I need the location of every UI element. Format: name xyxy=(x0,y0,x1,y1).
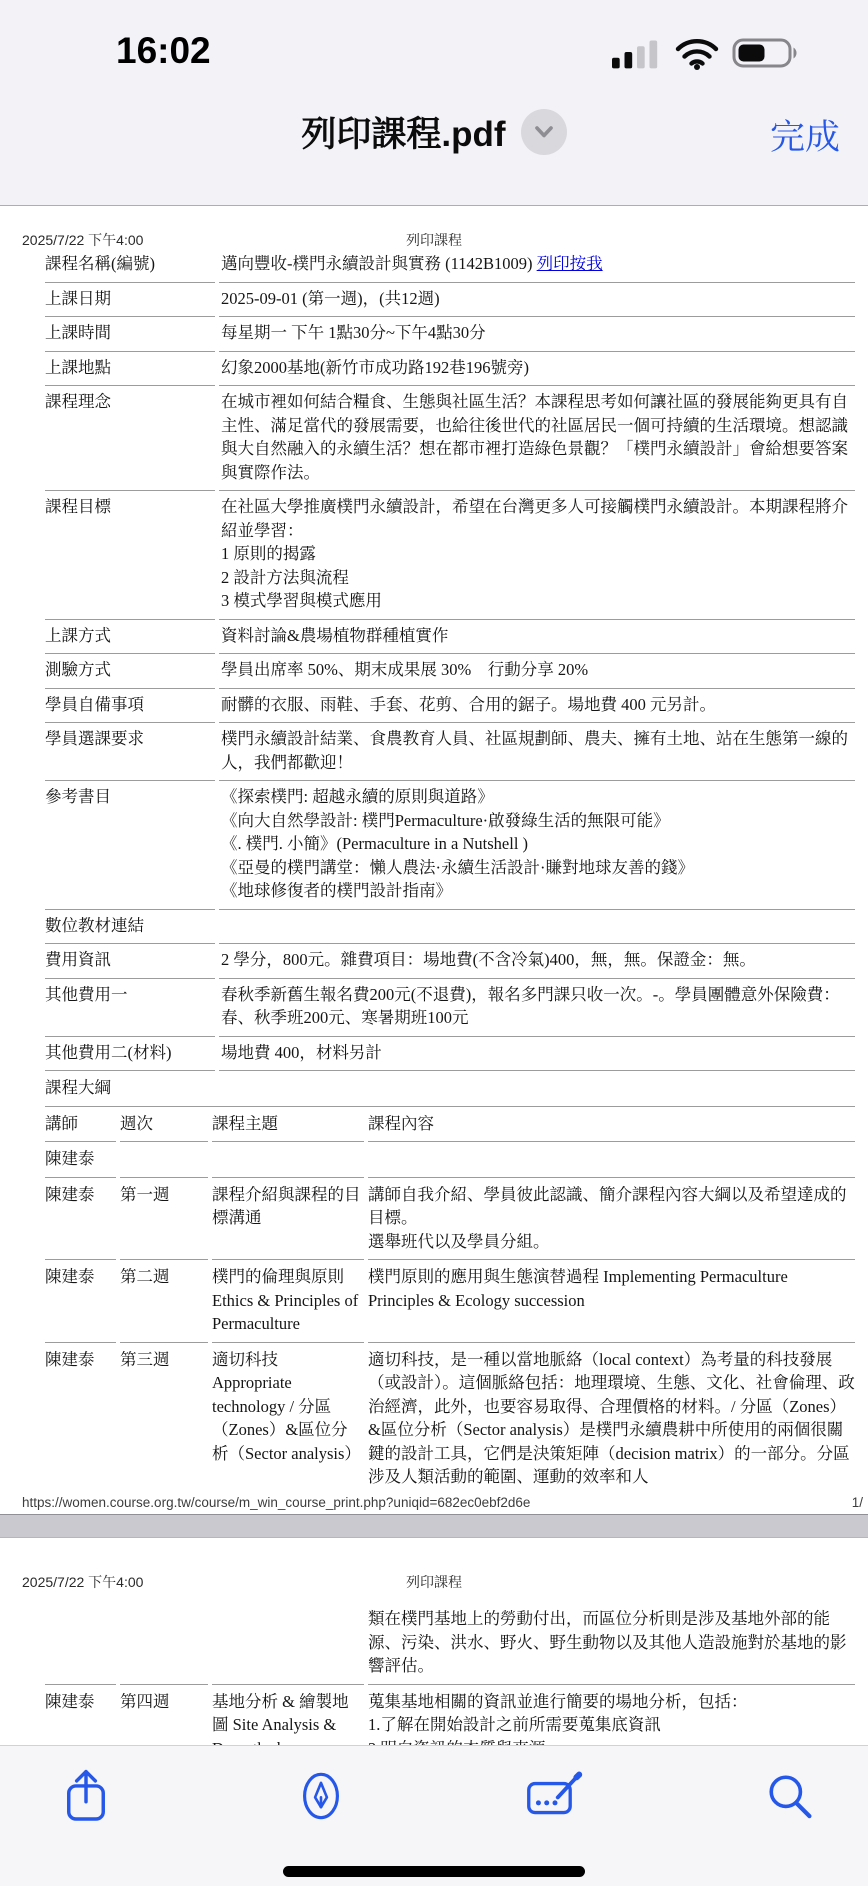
info-row: 數位教材連結 xyxy=(45,910,855,945)
info-row: 課程理念在城市裡如何結合糧食、生態與社區生活？本課程思考如何讓社區的發展能夠更具… xyxy=(45,386,855,491)
document-title: 列印課程.pdf xyxy=(301,107,505,157)
schedule-week-cell xyxy=(120,1602,208,1685)
info-label: 數位教材連結 xyxy=(45,910,215,945)
info-value: 2 學分，800元。雜費項目：場地費(不含冷氣)400，無，無。保證金：無。 xyxy=(219,944,855,979)
schedule-row: 類在樸門基地上的勞動付出，而區位分析則是涉及基地外部的能源、污染、洪水、野火、野… xyxy=(45,1602,855,1685)
schedule-header-cell: 講師 xyxy=(45,1107,116,1143)
outline-title: 課程大綱 xyxy=(45,1071,855,1107)
schedule-header-cell: 課程主題 xyxy=(212,1107,364,1143)
info-row: 測驗方式學員出席率 50%、期末成果展 30% 行動分享 20% xyxy=(45,654,855,689)
page1-footer: https://women.course.org.tw/course/m_win… xyxy=(0,1495,868,1515)
schedule-topic-cell: 課程介紹與課程的目標溝通 xyxy=(212,1178,364,1261)
info-value: 耐髒的衣服、雨鞋、手套、花剪、合用的鋸子。場地費 400 元另計。 xyxy=(219,689,855,724)
page2-header: 列印課程 2025/7/22 下午4:00 xyxy=(0,1572,868,1594)
page-gap xyxy=(0,1514,868,1538)
chevron-down-icon xyxy=(530,118,558,146)
course-schedule-table-continued: 類在樸門基地上的勞動付出，而區位分析則是涉及基地外部的能源、污染、洪水、野火、野… xyxy=(45,1602,855,1766)
info-value: 資料討論&農場植物群種植實作 xyxy=(219,620,855,655)
info-label: 上課日期 xyxy=(45,283,215,318)
info-value: 場地費 400，材料另計 xyxy=(219,1037,855,1072)
info-row: 其他費用一春秋季新舊生報名費200元(不退費)，報名多門課只收一次。-。學員團體… xyxy=(45,979,855,1037)
info-label: 測驗方式 xyxy=(45,654,215,689)
pdf-viewer[interactable]: 列印課程 2025/7/22 下午4:00 課程名稱(編號)邁向豐收-樸門永續設… xyxy=(0,206,868,1886)
schedule-row: 陳建泰第三週適切科技 Appropriate technology / 分區（Z… xyxy=(45,1343,855,1495)
info-value: 幻象2000基地(新竹市成功路192巷196號旁) xyxy=(219,352,855,387)
schedule-week-cell: 第三週 xyxy=(120,1343,208,1495)
schedule-content-cell xyxy=(368,1142,855,1178)
schedule-content-cell: 類在樸門基地上的勞動付出，而區位分析則是涉及基地外部的能源、污染、洪水、野火、野… xyxy=(368,1602,855,1685)
info-label: 課程目標 xyxy=(45,491,215,620)
info-value: 2025-09-01 (第一週)，(共12週) xyxy=(219,283,855,318)
schedule-row: 陳建泰 xyxy=(45,1142,855,1178)
schedule-week-cell: 第二週 xyxy=(120,1260,208,1343)
pdf-page-2: 列印課程 2025/7/22 下午4:00 類在樸門基地上的勞動付出，而區位分析… xyxy=(0,1538,868,1766)
fill-and-sign-button[interactable] xyxy=(521,1764,589,1828)
info-row: 上課時間每星期一 下午 1點30分~下午4點30分 xyxy=(45,317,855,352)
footer-page-number: 1/ xyxy=(852,1495,863,1510)
schedule-header-row: 講師週次課程主題課程內容 xyxy=(45,1107,855,1143)
info-row: 參考書目《探索樸門: 超越永續的原則與道路》 《向大自然學設計: 樸門Perma… xyxy=(45,781,855,910)
schedule-header-cell: 課程內容 xyxy=(368,1107,855,1143)
info-value xyxy=(219,910,855,945)
schedule-topic-cell: 樸門的倫理與原則 Ethics & Principles of Permacul… xyxy=(212,1260,364,1343)
info-value: 在城市裡如何結合糧食、生態與社區生活？本課程思考如何讓社區的發展能夠更具有自主性… xyxy=(219,386,855,491)
markup-pen-icon xyxy=(300,1768,342,1824)
info-row: 上課地點幻象2000基地(新竹市成功路192巷196號旁) xyxy=(45,352,855,387)
top-chrome: 16:02 列印課程.pdf xyxy=(0,0,868,206)
schedule-row: 陳建泰第二週樸門的倫理與原則 Ethics & Principles of Pe… xyxy=(45,1260,855,1343)
schedule-content-cell: 適切科技，是一種以當地脈絡（local context）為考量的科技發展 （或設… xyxy=(368,1343,855,1495)
schedule-row: 陳建泰第一週課程介紹與課程的目標溝通講師自我介紹、學員彼此認識、簡介課程內容大綱… xyxy=(45,1178,855,1261)
info-label: 上課方式 xyxy=(45,620,215,655)
share-icon xyxy=(63,1767,109,1825)
schedule-content-cell: 樸門原則的應用與生態演替過程 Implementing Permaculture… xyxy=(368,1260,855,1343)
pdf-page-1: 列印課程 2025/7/22 下午4:00 課程名稱(編號)邁向豐收-樸門永續設… xyxy=(0,206,868,1514)
page1-header-timestamp: 2025/7/22 下午4:00 xyxy=(22,230,143,250)
info-label: 學員選課要求 xyxy=(45,723,215,781)
info-row: 費用資訊2 學分，800元。雜費項目：場地費(不含冷氣)400，無，無。保證金：… xyxy=(45,944,855,979)
title-menu-button[interactable] xyxy=(521,109,567,155)
schedule-teacher-cell: 陳建泰 xyxy=(45,1343,116,1495)
footer-url: https://women.course.org.tw/course/m_win… xyxy=(22,1495,530,1510)
schedule-week-cell xyxy=(120,1142,208,1178)
schedule-topic-cell xyxy=(212,1142,364,1178)
info-label: 其他費用一 xyxy=(45,979,215,1037)
schedule-teacher-cell: 陳建泰 xyxy=(45,1260,116,1343)
print-me-link[interactable]: 列印按我 xyxy=(537,254,603,273)
done-button[interactable]: 完成 xyxy=(770,110,840,160)
cellular-signal-icon xyxy=(612,37,662,74)
info-label: 課程理念 xyxy=(45,386,215,491)
share-button[interactable] xyxy=(52,1764,120,1828)
page2-header-timestamp: 2025/7/22 下午4:00 xyxy=(22,1572,143,1592)
fill-and-sign-icon xyxy=(526,1771,584,1821)
schedule-teacher-cell xyxy=(45,1602,116,1685)
schedule-topic-cell: 適切科技 Appropriate technology / 分區（Zones）&… xyxy=(212,1343,364,1495)
info-value: 《探索樸門: 超越永續的原則與道路》 《向大自然學設計: 樸門Permacult… xyxy=(219,781,855,910)
info-value: 每星期一 下午 1點30分~下午4點30分 xyxy=(219,317,855,352)
search-button[interactable] xyxy=(756,1764,824,1828)
info-row: 學員自備事項耐髒的衣服、雨鞋、手套、花剪、合用的鋸子。場地費 400 元另計。 xyxy=(45,689,855,724)
info-row: 課程目標在社區大學推廣樸門永續設計，希望在台灣更多人可接觸樸門永續設計。本期課程… xyxy=(45,491,855,620)
info-value: 在社區大學推廣樸門永續設計，希望在台灣更多人可接觸樸門永續設計。本期課程將介紹並… xyxy=(219,491,855,620)
schedule-teacher-cell: 陳建泰 xyxy=(45,1142,116,1178)
search-icon xyxy=(765,1771,815,1821)
info-value: 學員出席率 50%、期末成果展 30% 行動分享 20% xyxy=(219,654,855,689)
schedule-content-cell: 講師自我介紹、學員彼此認識、簡介課程內容大綱以及希望達成的目標。 選舉班代以及學… xyxy=(368,1178,855,1261)
info-label: 費用資訊 xyxy=(45,944,215,979)
info-label: 課程名稱(編號) xyxy=(45,248,215,283)
info-value: 樸門永續設計結業、食農教育人員、社區規劃師、農夫、擁有土地、站在生態第一線的人，… xyxy=(219,723,855,781)
markup-button[interactable] xyxy=(287,1764,355,1828)
info-row: 學員選課要求樸門永續設計結業、食農教育人員、社區規劃師、農夫、擁有土地、站在生態… xyxy=(45,723,855,781)
bottom-toolbar xyxy=(0,1745,868,1886)
schedule-teacher-cell: 陳建泰 xyxy=(45,1178,116,1261)
info-row: 課程名稱(編號)邁向豐收-樸門永續設計與實務 (1142B1009) 列印按我 xyxy=(45,248,855,283)
schedule-topic-cell xyxy=(212,1602,364,1685)
course-schedule-table: 講師週次課程主題課程內容陳建泰陳建泰第一週課程介紹與課程的目標溝通講師自我介紹、… xyxy=(45,1107,855,1495)
home-indicator[interactable] xyxy=(283,1866,585,1877)
schedule-header-cell: 週次 xyxy=(120,1107,208,1143)
info-label: 學員自備事項 xyxy=(45,689,215,724)
status-time: 16:02 xyxy=(116,30,211,72)
wifi-icon xyxy=(675,37,719,75)
course-info-table: 課程名稱(編號)邁向豐收-樸門永續設計與實務 (1142B1009) 列印按我上… xyxy=(45,248,855,1071)
info-row: 其他費用二(材料)場地費 400，材料另計 xyxy=(45,1037,855,1072)
info-label: 上課地點 xyxy=(45,352,215,387)
info-value: 春秋季新舊生報名費200元(不退費)，報名多門課只收一次。-。學員團體意外保險費… xyxy=(219,979,855,1037)
info-label: 參考書目 xyxy=(45,781,215,910)
info-row: 上課日期2025-09-01 (第一週)，(共12週) xyxy=(45,283,855,318)
info-label: 上課時間 xyxy=(45,317,215,352)
status-icons xyxy=(612,36,800,75)
info-row: 上課方式資料討論&農場植物群種植實作 xyxy=(45,620,855,655)
battery-icon xyxy=(732,36,800,75)
info-value: 邁向豐收-樸門永續設計與實務 (1142B1009) 列印按我 xyxy=(219,248,855,283)
schedule-week-cell: 第一週 xyxy=(120,1178,208,1261)
info-label: 其他費用二(材料) xyxy=(45,1037,215,1072)
